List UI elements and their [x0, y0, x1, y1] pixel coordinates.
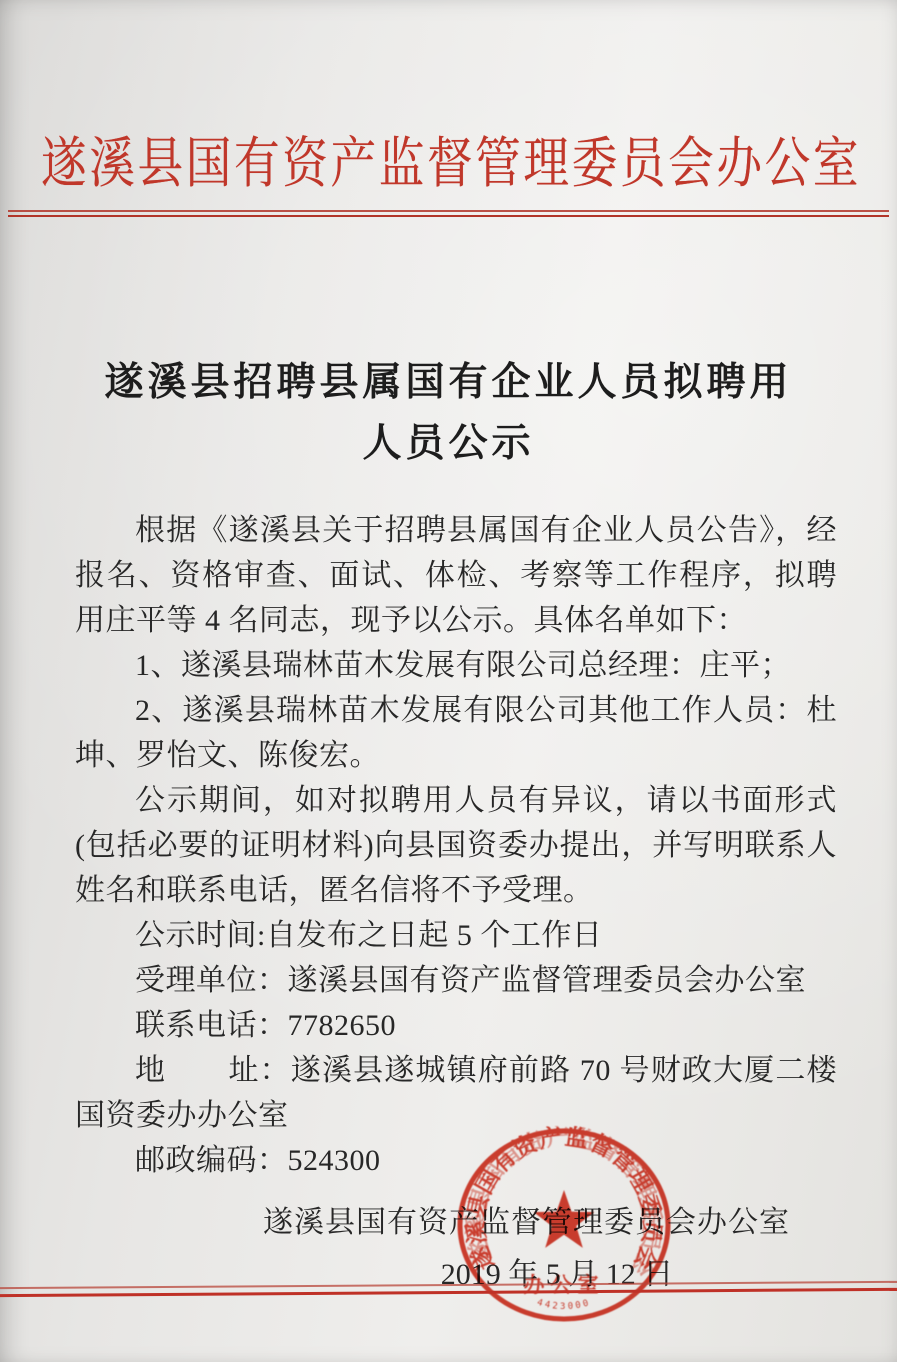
body-paragraph: 1、遂溪县瑞林苗木发展有限公司总经理：庄平；: [75, 643, 837, 688]
document-title-line-1: 遂溪县招聘县属国有企业人员拟聘用: [0, 352, 897, 413]
body-paragraph: 公示期间，如对拟聘用人员有异议，请以书面形式(包括必要的证明材料)向县国资委办提…: [75, 778, 837, 913]
body-paragraph: 2、遂溪县瑞林苗木发展有限公司其他工作人员：杜坤、罗怡文、陈俊宏。: [75, 688, 837, 778]
official-seal: 遂溪县国有资产监督管理委员会 遂溪县国有资产监督管理委员会 办公室 442300…: [456, 1126, 672, 1326]
letterhead-org-name: 遂溪县国有资产监督管理委员会办公室: [41, 124, 859, 204]
document-page: 遂溪县国有资产监督管理委员会办公室 遂溪县招聘县属国有企业人员拟聘用 人员公示 …: [0, 0, 897, 1362]
letterhead-rule-thin: [8, 210, 889, 212]
document-title-line-2: 人员公示: [0, 413, 897, 474]
seal-code-digits: 4423000: [536, 1298, 592, 1312]
body-paragraph: 地 址：遂溪县遂城镇府前路 70 号财政大厦二楼国资委办办公室: [75, 1048, 837, 1138]
body-paragraph: 公示时间:自发布之日起 5 个工作日: [75, 913, 837, 958]
body-paragraph: 联系电话：7782650: [75, 1003, 837, 1048]
body-paragraph: 受理单位：遂溪县国有资产监督管理委员会办公室: [75, 958, 837, 1003]
document-title: 遂溪县招聘县属国有企业人员拟聘用 人员公示: [0, 352, 897, 474]
star-icon: [534, 1190, 595, 1248]
letterhead-rule-thick: [8, 215, 889, 217]
body-paragraph: 根据《遂溪县关于招聘县属国有企业人员公告》，经报名、资格审查、面试、体检、考察等…: [75, 508, 837, 643]
document-body: 根据《遂溪县关于招聘县属国有企业人员公告》，经报名、资格审查、面试、体检、考察等…: [75, 508, 837, 1183]
